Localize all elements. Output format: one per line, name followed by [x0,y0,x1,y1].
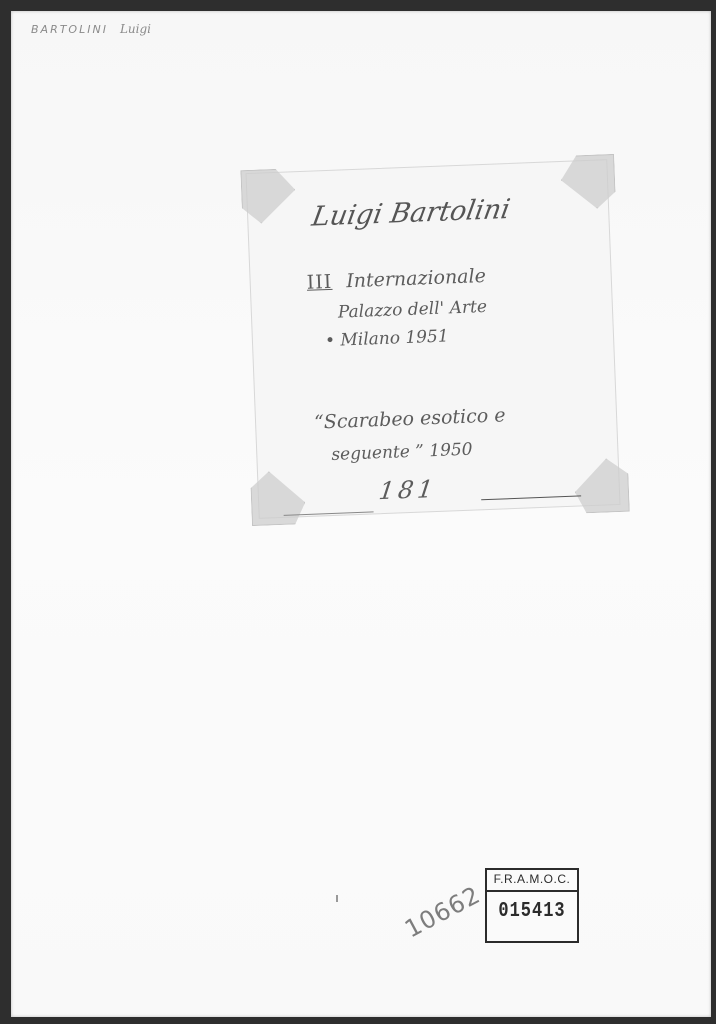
framoc-stamp: F.R.A.M.O.C. 015413 [485,868,579,943]
label-line-title: “Scarabeo esotico e [314,404,506,433]
edition-roman-numeral: III [306,271,332,294]
label-line-text: Internazionale [346,265,486,292]
photo-corner-top-left [240,168,296,224]
label-line-venue: Palazzo dell' Arte [338,297,488,323]
underline-rule-right [481,495,581,500]
photo-corner-top-right [560,154,616,210]
stamp-header: F.R.A.M.O.C. [487,870,577,892]
exhibition-label-card: Luigi Bartolini IIIInternazionale Palazz… [245,159,620,519]
stamp-number: 015413 [487,900,577,924]
photo-corner-bottom-left [250,470,306,526]
inventory-number: 181 [374,475,441,506]
archive-surname: BARTOLINI [31,23,108,36]
mark-speck [336,895,338,902]
artist-signature: Luigi Bartolini [310,194,513,233]
label-line-city-year: • Milano 1951 [325,326,449,351]
label-line-exhibition: IIIInternazionale [306,265,486,294]
archive-name-note: BARTOLINILuigi [31,22,151,36]
archive-given-name: Luigi [120,22,151,36]
label-line-title-cont: seguente ” 1950 [331,440,473,465]
